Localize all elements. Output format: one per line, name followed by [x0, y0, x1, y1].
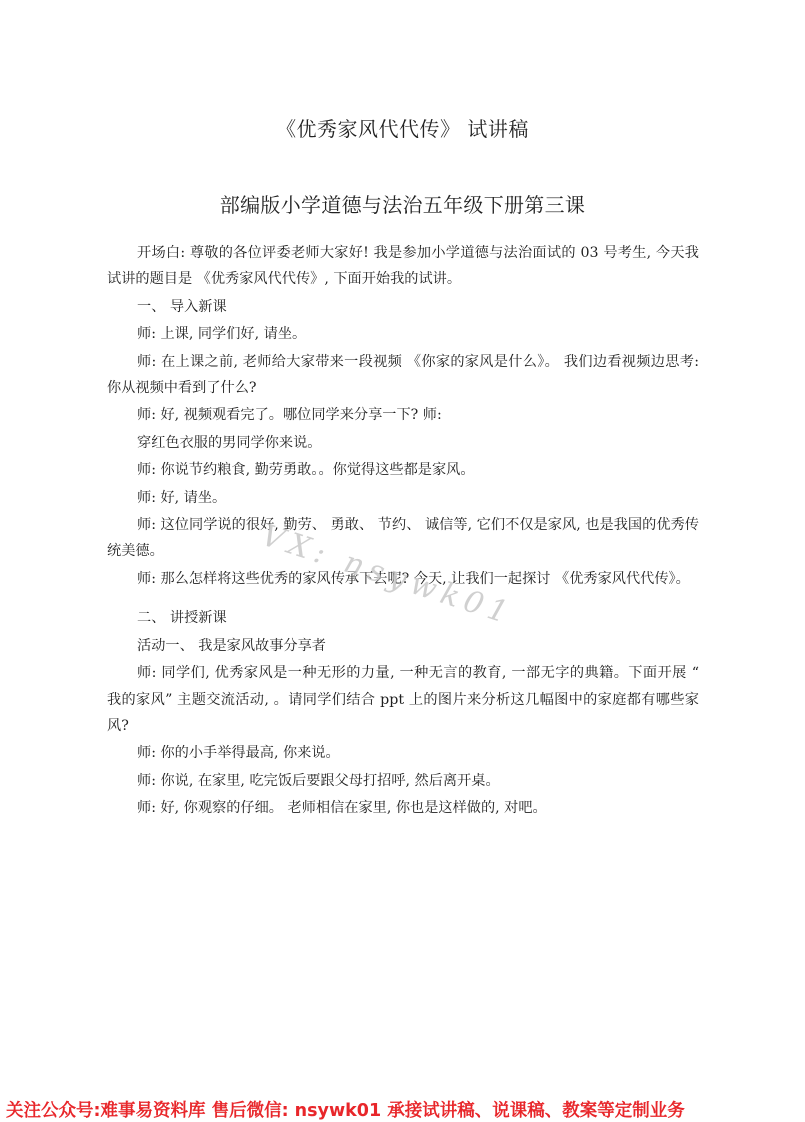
paragraph: 师: 你说, 在家里, 吃完饭后要跟父母打招呼, 然后离开桌。 [107, 768, 699, 794]
footer-banner: 关注公众号:难事易资料库 售后微信: nsywk01 承接试讲稿、说课稿、教案等… [6, 1097, 805, 1122]
document-page: 《优秀家风代代传》 试讲稿 部编版小学道德与法治五年级下册第三课 开场白: 尊敬… [0, 0, 805, 1122]
paragraph: 师: 同学们, 优秀家风是一种无形的力量, 一种无言的教育, 一部无字的典籍。下… [107, 660, 699, 739]
paragraph: 师: 在上课之前, 老师给大家带来一段视频 《你家的家风是什么》。 我们边看视频… [107, 349, 699, 402]
paragraph: 师: 好, 请坐。 [107, 485, 699, 511]
section-heading-1: 一、 导入新课 [107, 294, 699, 320]
document-subtitle: 部编版小学道德与法治五年级下册第三课 [0, 189, 805, 218]
activity-heading: 活动一、 我是家风故事分享者 [107, 633, 699, 659]
paragraph: 师: 好, 视频观看完了。哪位同学来分享一下? 师: [107, 402, 699, 428]
paragraph: 师: 你说节约粮食, 勤劳勇敢。。你觉得这些都是家风。 [107, 457, 699, 483]
paragraph: 师: 上课, 同学们好, 请坐。 [107, 321, 699, 347]
paragraph-opening: 开场白: 尊敬的各位评委老师大家好! 我是参加小学道德与法治面试的 03 号考生… [107, 240, 699, 293]
paragraph: 师: 这位同学说的很好, 勤劳、 勇敢、 节约、 诚信等, 它们不仅是家风, 也… [107, 512, 699, 565]
document-body: 开场白: 尊敬的各位评委老师大家好! 我是参加小学道德与法治面试的 03 号考生… [107, 240, 699, 823]
paragraph: 师: 好, 你观察的仔细。 老师相信在家里, 你也是这样做的, 对吧。 [107, 795, 699, 821]
document-title: 《优秀家风代代传》 试讲稿 [0, 113, 805, 142]
paragraph: 师: 你的小手举得最高, 你来说。 [107, 740, 699, 766]
paragraph: 穿红色衣服的男同学你来说。 [107, 430, 699, 456]
section-heading-2: 二、 讲授新课 [107, 605, 699, 631]
